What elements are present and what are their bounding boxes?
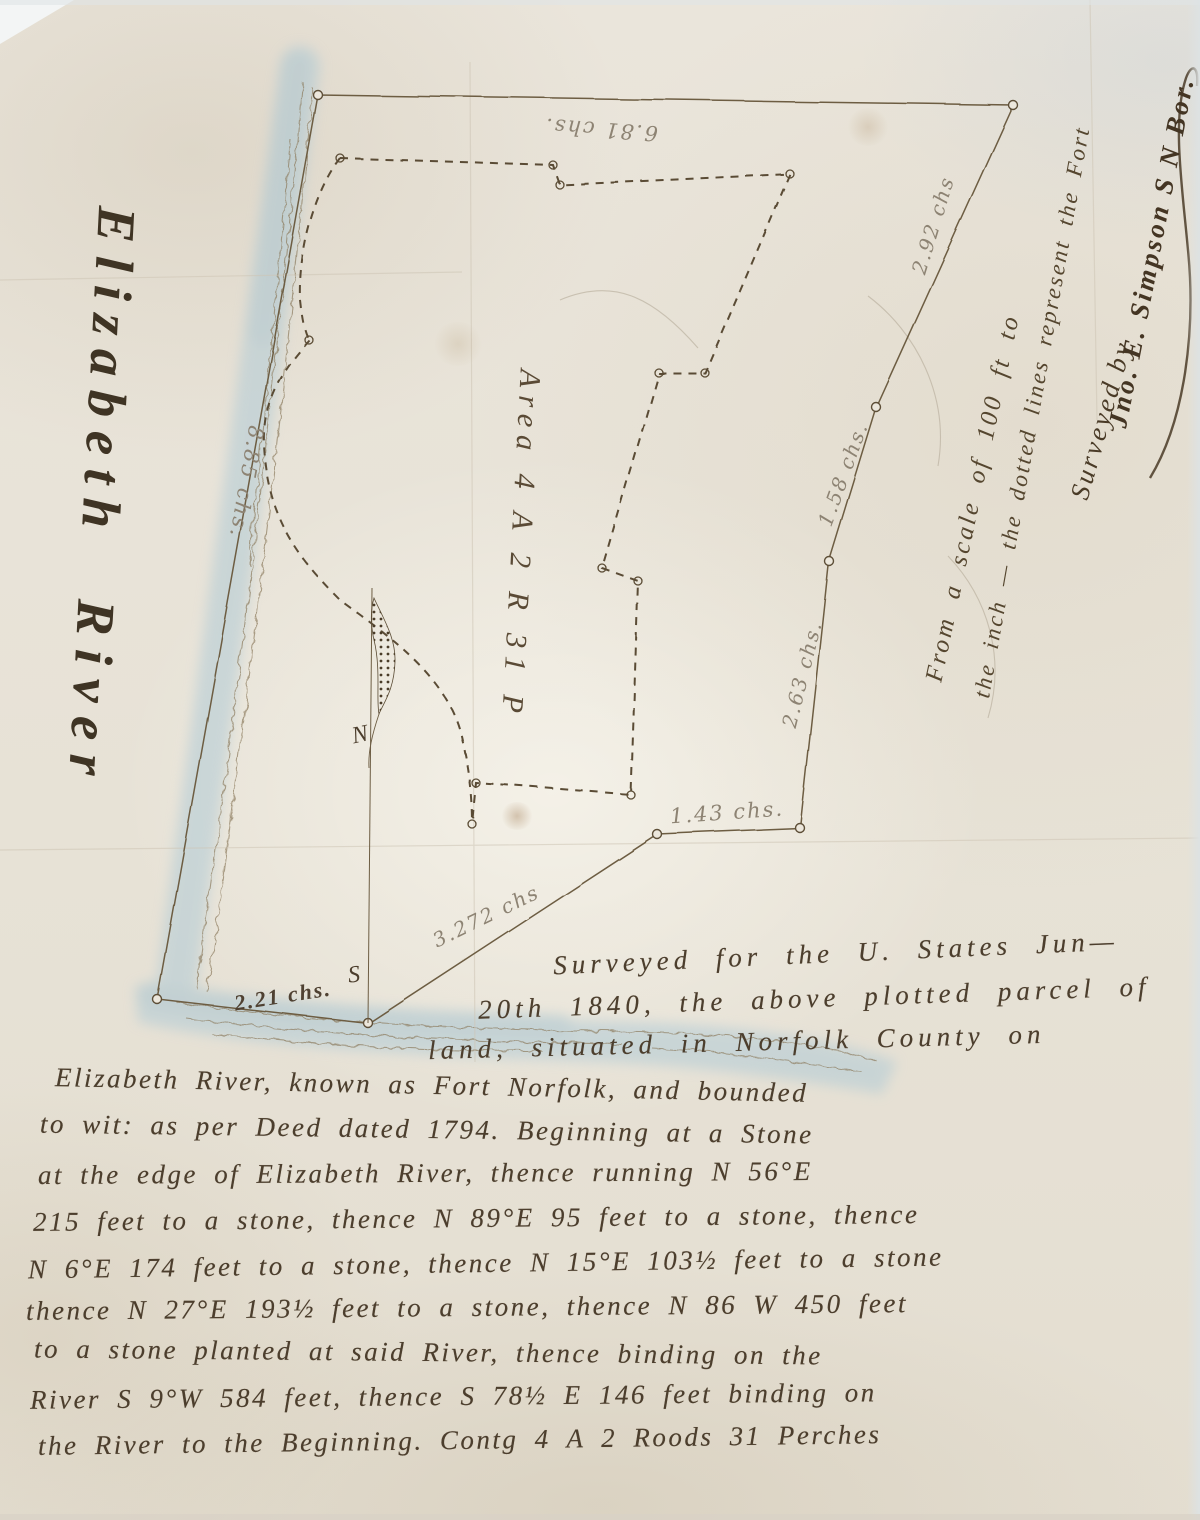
- fort-vertex-markers: [305, 154, 794, 828]
- survey-document-page: Elizabeth River Area 4 A 2 R 31 P N S 6.…: [0, 0, 1200, 1520]
- compass-needle: [371, 598, 395, 714]
- meridian-line: [368, 588, 395, 1023]
- body-line: at the edge of Elizabeth River, thence r…: [38, 1156, 813, 1191]
